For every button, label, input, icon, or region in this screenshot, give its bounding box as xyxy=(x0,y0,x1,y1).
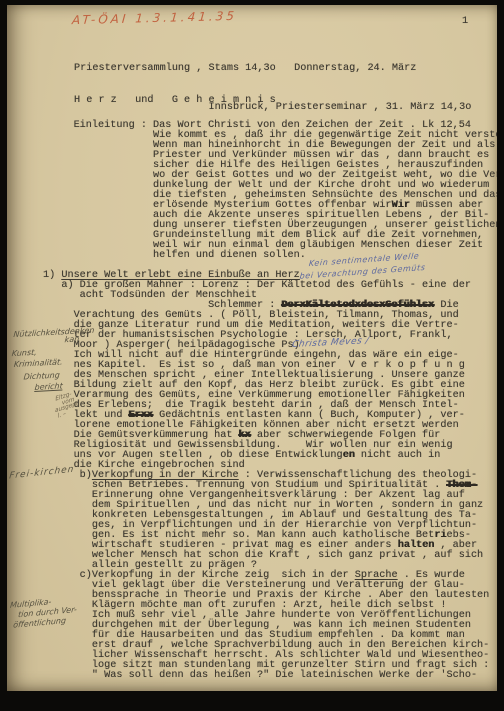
paper-sheet: AT-ÖAI 1.3.1.41.35 1 Priesterversammlung… xyxy=(7,5,497,691)
typescript-line: " Was soll denn das heißen ?" Die latein… xyxy=(43,671,497,681)
scanned-document-page: { "colors": { "paper": "#d6c7a0", "ink":… xyxy=(0,0,504,711)
typescript-line: helfen und dienen sollen. xyxy=(43,251,497,261)
page-number: 1 xyxy=(462,16,468,27)
header-line-1: Priesterversammlung , Stams 14,3o Donner… xyxy=(74,62,471,75)
margin-note-pencil-bottom: Multiplika- tion durch Ver- öffentlichun… xyxy=(8,595,78,631)
document-title: H e r z und G e h e i m n i s xyxy=(74,95,276,106)
typewritten-text: Einleitung : Das Wort Christi von den Ze… xyxy=(43,121,497,681)
archive-stamp-annotation: AT-ÖAI 1.3.1.41.35 xyxy=(71,9,237,27)
margin-note-pencil-left: Nützlichkeitsdenken kan Kunst, Kriminali… xyxy=(8,325,95,395)
